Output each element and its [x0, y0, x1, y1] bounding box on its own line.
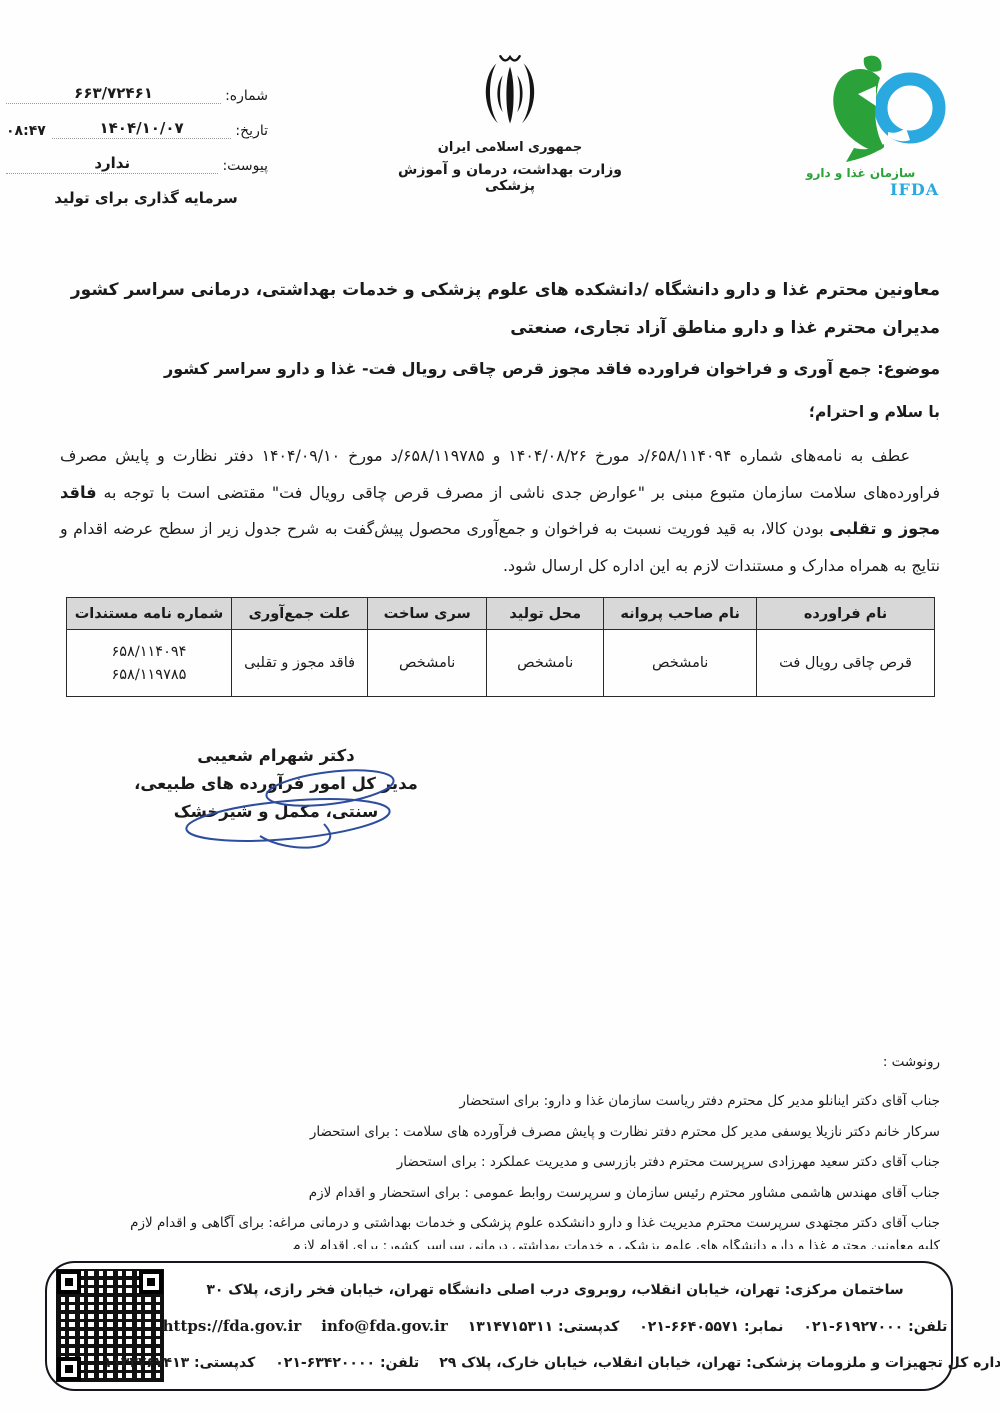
table-row: قرص چاقی رویال فت نامشخص نامشخص نامشخص ف…: [67, 630, 935, 697]
signer-title-1: مدیر کل امور فرآورده های طبیعی،: [118, 770, 434, 798]
col-batch-number: سری ساخت: [368, 598, 487, 630]
ifda-logo-icon: [818, 50, 968, 180]
addressee-line-2: مدیران محترم غذا و دارو مناطق آزاد تجاری…: [60, 309, 940, 347]
cell-batch-number: نامشخص: [368, 630, 487, 697]
doc-number-1: ۶۵۸/۱۱۴۰۹۴: [71, 644, 227, 660]
cc-item: سرکار خانم دکتر نازیلا یوسفی مدیر کل محت…: [60, 1117, 940, 1148]
recall-table-wrap: نام فراورده نام صاحب پروانه محل تولید سر…: [66, 597, 935, 697]
cc-list: جناب آقای دکتر اینانلو مدیر کل محترم دفت…: [60, 1086, 940, 1249]
date-label: تاریخ:: [231, 123, 268, 139]
qr-finder-icon: [57, 1357, 81, 1381]
cc-item: جناب آقای دکتر مجتهدی سرپرست محترم مدیری…: [60, 1208, 940, 1239]
footer-address-line: ساختمان مرکزی: تهران، خیابان انقلاب، روب…: [175, 1272, 935, 1308]
cell-doc-numbers: ۶۵۸/۱۱۴۰۹۴ ۶۵۸/۱۱۹۷۸۵: [67, 630, 232, 697]
phone-number: ۰۲۱-۶۱۹۲۷۰۰۰: [803, 1319, 903, 1335]
salutation: با سلام و احترام؛: [60, 403, 940, 421]
cell-product-name: قرص چاقی رویال فت: [757, 630, 935, 697]
date-value: ۱۴۰۴/۱۰/۰۷: [52, 119, 232, 139]
subject-line: موضوع: جمع آوری و فراخوان فراورده فاقد م…: [60, 359, 940, 378]
letter-body: عطف به نامه‌های شماره ۶۵۸/۱۱۴۰۹۴/د مورخ …: [60, 438, 940, 584]
cc-item-clipped: کلیه معاونین محترم غذا و دارو دانشگاه ها…: [60, 1239, 940, 1249]
col-product-name: نام فراورده: [757, 598, 935, 630]
body-text-2: بودن کالا، به قید فوریت نسبت به فراخوان …: [60, 519, 940, 575]
cell-production-site: نامشخص: [487, 630, 604, 697]
addressee-line-1: معاونین محترم غذا و دارو دانشگاه /دانشکد…: [60, 271, 940, 309]
doc-number-2: ۶۵۸/۱۱۹۷۸۵: [71, 667, 227, 683]
letter-meta-block: شماره: ۶۶۳/۷۲۴۶۱ تاریخ: ۱۴۰۴/۱۰/۰۷ ۰۸:۴۷…: [6, 84, 268, 207]
hq-address: ساختمان مرکزی: تهران، خیابان انقلاب، روب…: [206, 1272, 903, 1308]
footer-text: ساختمان مرکزی: تهران، خیابان انقلاب، روب…: [175, 1272, 935, 1381]
signer-title-2: سنتی، مکمل و شیرخشک: [118, 798, 434, 826]
meta-date-row: تاریخ: ۱۴۰۴/۱۰/۰۷ ۰۸:۴۷: [6, 119, 268, 139]
meta-attachment-row: پیوست: ندارد: [6, 154, 268, 174]
col-doc-numbers: شماره نامه مستندات: [67, 598, 232, 630]
footer-box: ساختمان مرکزی: تهران، خیابان انقلاب، روب…: [45, 1261, 953, 1391]
ifda-persian-name: سازمان غذا و دارو: [806, 166, 915, 180]
postal-segment: کدپستی: ۱۳۱۴۷۱۵۳۱۱: [468, 1309, 620, 1345]
meta-number-row: شماره: ۶۶۳/۷۲۴۶۱: [6, 84, 268, 104]
footer-equipment-line: اداره کل تجهیزات و ملزومات پزشکی: تهران،…: [175, 1345, 935, 1381]
phone-segment: تلفن: ۰۲۱-۶۱۹۲۷۰۰۰: [803, 1309, 947, 1345]
table-header-row: نام فراورده نام صاحب پروانه محل تولید سر…: [67, 598, 935, 630]
fax-segment: نمابر: ۰۲۱-۶۶۴۰۵۵۷۱: [639, 1309, 783, 1345]
equipment-dept-address: اداره کل تجهیزات و ملزومات پزشکی: تهران،…: [439, 1345, 1000, 1381]
email-address: info@fda.gov.ir: [321, 1308, 447, 1344]
cc-item: جناب آقای مهندس هاشمی مشاور محترم رئیس س…: [60, 1178, 940, 1209]
equipment-postal-segment: کدپستی: ۱۱۳۳۷۶۷۴۱۳: [104, 1345, 256, 1381]
cell-license-holder: نامشخص: [604, 630, 757, 697]
letter-page: شماره: ۶۶۳/۷۲۴۶۱ تاریخ: ۱۴۰۴/۱۰/۰۷ ۰۸:۴۷…: [0, 0, 1000, 1413]
equipment-phone-number: ۰۲۱-۶۳۴۲۰۰۰۰: [275, 1355, 375, 1371]
addressee-block: معاونین محترم غذا و دارو دانشگاه /دانشکد…: [60, 271, 940, 347]
year-slogan: سرمایه گذاری برای تولید: [6, 189, 268, 207]
time-value: ۰۸:۴۷: [6, 123, 52, 139]
postal-code: ۱۳۱۴۷۱۵۳۱۱: [468, 1319, 553, 1335]
ifda-logo: سازمان غذا و دارو IFDA: [812, 50, 968, 200]
attachment-label: پیوست:: [218, 158, 268, 174]
equipment-phone-segment: تلفن: ۰۲۱-۶۳۴۲۰۰۰۰: [275, 1345, 419, 1381]
col-production-site: محل تولید: [487, 598, 604, 630]
attachment-value: ندارد: [6, 154, 218, 174]
signer-name: دکتر شهرام شعیبی: [118, 742, 434, 770]
fax-number: ۰۲۱-۶۶۴۰۵۵۷۱: [639, 1319, 739, 1335]
recall-table: نام فراورده نام صاحب پروانه محل تولید سر…: [66, 597, 935, 697]
col-recall-reason: علت جمع‌آوری: [231, 598, 367, 630]
cc-label: رونوشت :: [60, 1054, 940, 1070]
ifda-acronym: IFDA: [890, 180, 939, 199]
qr-finder-icon: [139, 1270, 163, 1294]
number-value: ۶۶۳/۷۲۴۶۱: [6, 84, 221, 104]
iran-emblem-icon: [470, 50, 550, 136]
equipment-postal-code: ۱۱۳۳۷۶۷۴۱۳: [104, 1355, 189, 1371]
cell-recall-reason: فاقد مجوز و تقلبی: [231, 630, 367, 697]
gov-title: جمهوری اسلامی ایران: [388, 140, 632, 155]
cc-item: جناب آقای دکتر سعید مهرزادی سرپرست محترم…: [60, 1147, 940, 1178]
qr-finder-icon: [57, 1270, 81, 1294]
signature-block: دکتر شهرام شعیبی مدیر کل امور فرآورده ها…: [118, 742, 434, 826]
ministry-title: وزارت بهداشت، درمان و آموزش پزشکی: [388, 162, 632, 194]
footer-contact-line: تلفن: ۰۲۱-۶۱۹۲۷۰۰۰ نمابر: ۰۲۱-۶۶۴۰۵۵۷۱ ک…: [175, 1308, 935, 1345]
col-license-holder: نام صاحب پروانه: [604, 598, 757, 630]
website-url: https://fda.gov.ir: [163, 1308, 302, 1344]
body-text-1: عطف به نامه‌های شماره ۶۵۸/۱۱۴۰۹۴/د مورخ …: [60, 446, 940, 502]
number-label: شماره:: [221, 88, 268, 104]
cc-item: جناب آقای دکتر اینانلو مدیر کل محترم دفت…: [60, 1086, 940, 1117]
government-header: جمهوری اسلامی ایران وزارت بهداشت، درمان …: [388, 50, 632, 194]
